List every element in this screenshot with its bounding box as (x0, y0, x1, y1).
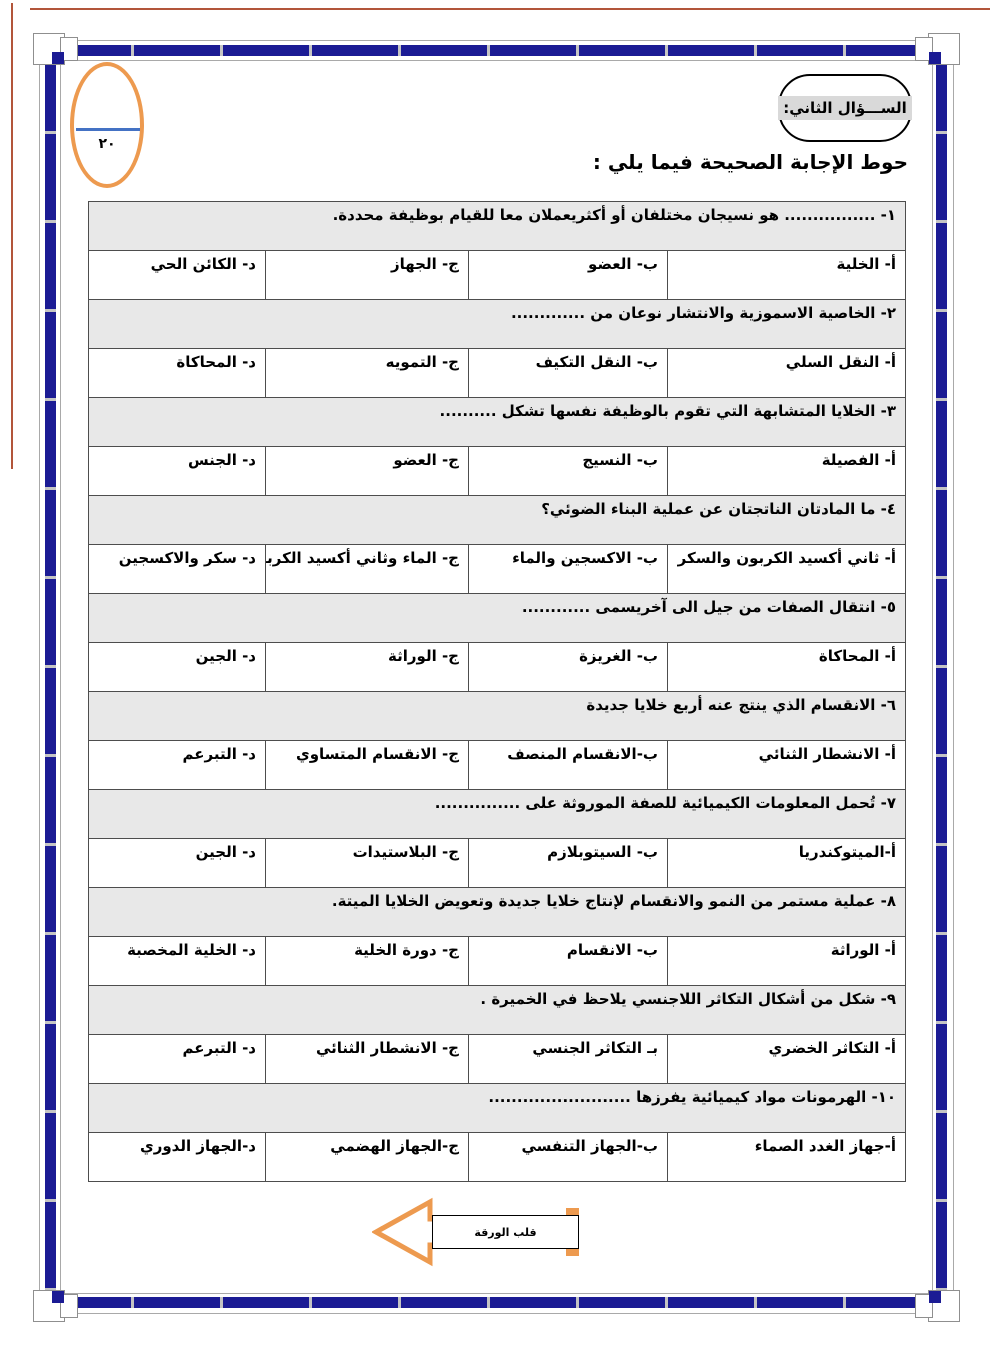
instruction-heading: حوط الإجابة الصحيحة فيما يلي : (593, 150, 908, 174)
answer-option-c[interactable]: ج- الانقسام المتساوي (266, 741, 469, 790)
question-row: ٧- تُحمل المعلومات الكيميائية للصفة المو… (89, 790, 906, 839)
answer-option-c[interactable]: ج- الوراثة (266, 643, 469, 692)
answer-row: أ- ثاني أكسيد الكربون والسكرب- الاكسجين … (89, 545, 906, 594)
answer-option-d[interactable]: د-الجهاز الدوري (89, 1133, 266, 1182)
border-corner-ornament (33, 33, 65, 65)
answer-option-b[interactable]: ب- النقل التكيف (469, 349, 668, 398)
question-text: ٦- الانقسام الذي ينتج عنه أربع خلايا جدي… (89, 692, 906, 741)
answer-option-a[interactable]: أ- الفصيلة (668, 447, 906, 496)
flip-note-label: قلب الورقة (474, 1226, 536, 1239)
question-text: ٣- الخلايا المتشابهة التي تقوم بالوظيفة … (89, 398, 906, 447)
question-row: ١- ................ هو نسيجان مختلفان أو… (89, 202, 906, 251)
answer-option-c[interactable]: ج-الجهاز الهضمي (266, 1133, 469, 1182)
answer-row: أ- الوراثةب- الانقسامج- دورة الخليةد- ال… (89, 937, 906, 986)
question-text: ١- ................ هو نسيجان مختلفان أو… (89, 202, 906, 251)
answer-option-a[interactable]: أ-الميتوكندريا (668, 839, 906, 888)
answer-option-a[interactable]: أ- ثاني أكسيد الكربون والسكر (668, 545, 906, 594)
answer-row: أ- النقل السليب- النقل التكيفج- التمويهد… (89, 349, 906, 398)
answer-row: أ- الانشطار الثنائيب-الانقسام المنصفج- ا… (89, 741, 906, 790)
score-underline (76, 128, 140, 131)
answer-row: أ- الخليةب- العضوج- الجهازد- الكائن الحي (89, 251, 906, 300)
score-value: ٢٠ (74, 136, 140, 152)
question-row: ٨- عملية مستمر من النمو والانقسام لإنتاج… (89, 888, 906, 937)
quiz-table: ١- ................ هو نسيجان مختلفان أو… (88, 201, 906, 1182)
score-ellipse: ٢٠ (70, 62, 144, 188)
question-row: ٢- الخاصية الاسموزية والانتشار نوعان من … (89, 300, 906, 349)
answer-option-b[interactable]: ب- السيتوبلازم (469, 839, 668, 888)
flip-note-box: قلب الورقة (432, 1215, 579, 1249)
answer-option-c[interactable]: ج- البلاستيدات (266, 839, 469, 888)
answer-option-b[interactable]: ب-الانقسام المنصف (469, 741, 668, 790)
answer-option-d[interactable]: د- التبرعم (89, 1035, 266, 1084)
border-corner-ornament (928, 33, 960, 65)
margin-line-top (30, 8, 990, 10)
answer-option-b[interactable]: ب-الجهاز التنفسي (469, 1133, 668, 1182)
question-text: ٢- الخاصية الاسموزية والانتشار نوعان من … (89, 300, 906, 349)
question-text: ٥- انتقال الصفات من جيل الى آخريسمى ....… (89, 594, 906, 643)
answer-option-a[interactable]: أ- النقل السلي (668, 349, 906, 398)
question-text: ٤- ما المادتان الناتجتان عن عملية البناء… (89, 496, 906, 545)
page-border-band-bottom (45, 1297, 947, 1308)
question-row: ٥- انتقال الصفات من جيل الى آخريسمى ....… (89, 594, 906, 643)
question-number-box: الســـؤال الثاني: (778, 74, 912, 142)
margin-line-left (11, 3, 13, 469)
answer-option-d[interactable]: د- المحاكاة (89, 349, 266, 398)
answer-option-a[interactable]: أ- المحاكاة (668, 643, 906, 692)
answer-option-c[interactable]: ج- الانشطار الثنائي (266, 1035, 469, 1084)
question-row: ١٠- الهرمونات مواد كيميائية يفرزها .....… (89, 1084, 906, 1133)
question-text: ٨- عملية مستمر من النمو والانقسام لإنتاج… (89, 888, 906, 937)
answer-option-d[interactable]: د- الجنس (89, 447, 266, 496)
question-text: ١٠- الهرمونات مواد كيميائية يفرزها .....… (89, 1084, 906, 1133)
exam-page: ٢٠ الســـؤال الثاني: حوط الإجابة الصحيحة… (0, 0, 992, 1370)
question-row: ٤- ما المادتان الناتجتان عن عملية البناء… (89, 496, 906, 545)
border-corner-ornament (33, 1290, 65, 1322)
border-corner-ornament (928, 1290, 960, 1322)
answer-option-a[interactable]: أ- الانشطار الثنائي (668, 741, 906, 790)
question-row: ٣- الخلايا المتشابهة التي تقوم بالوظيفة … (89, 398, 906, 447)
answer-option-d[interactable]: د- الجين (89, 643, 266, 692)
answer-option-a[interactable]: أ-جهاز الغدد الصماء (668, 1133, 906, 1182)
quiz-table-body: ١- ................ هو نسيجان مختلفان أو… (89, 202, 906, 1182)
question-row: ٩- شكل من أشكال التكاثر اللاجنسي يلاحظ ف… (89, 986, 906, 1035)
answer-option-d[interactable]: د- الخلية المخصبة (89, 937, 266, 986)
answer-row: أ- الفصيلةب- النسيجج- العضود- الجنس (89, 447, 906, 496)
question-text: ٧- تُحمل المعلومات الكيميائية للصفة المو… (89, 790, 906, 839)
answer-option-d[interactable]: د- الكائن الحي (89, 251, 266, 300)
page-border-band-top (45, 45, 947, 56)
page-border-band-right (936, 45, 947, 1308)
answer-option-c[interactable]: ج- دورة الخلية (266, 937, 469, 986)
answer-option-b[interactable]: ب- العضو (469, 251, 668, 300)
answer-option-a[interactable]: أ- الخلية (668, 251, 906, 300)
answer-option-c[interactable]: ج- الجهاز (266, 251, 469, 300)
answer-option-c[interactable]: ج- الماء وثاني أكسيد الكربون (266, 545, 469, 594)
answer-option-b[interactable]: بـ التكاثر الجنسي (469, 1035, 668, 1084)
answer-option-b[interactable]: ب- النسيج (469, 447, 668, 496)
question-row: ٦- الانقسام الذي ينتج عنه أربع خلايا جدي… (89, 692, 906, 741)
answer-option-d[interactable]: د- الجين (89, 839, 266, 888)
question-text: ٩- شكل من أشكال التكاثر اللاجنسي يلاحظ ف… (89, 986, 906, 1035)
answer-option-b[interactable]: ب- الغريزة (469, 643, 668, 692)
answer-option-c[interactable]: ج- العضو (266, 447, 469, 496)
answer-option-d[interactable]: د- سكر والاكسجين (89, 545, 266, 594)
answer-row: أ-الميتوكندرياب- السيتوبلازمج- البلاستيد… (89, 839, 906, 888)
answer-row: أ- التكاثر الخضريبـ التكاثر الجنسيج- الا… (89, 1035, 906, 1084)
question-number-label: الســـؤال الثاني: (778, 96, 912, 120)
answer-option-d[interactable]: د- التبرعم (89, 741, 266, 790)
answer-option-b[interactable]: ب- الاكسجين والماء (469, 545, 668, 594)
page-border-band-left (45, 45, 56, 1308)
answer-option-a[interactable]: أ- التكاثر الخضري (668, 1035, 906, 1084)
answer-option-a[interactable]: أ- الوراثة (668, 937, 906, 986)
answer-row: أ- المحاكاةب- الغريزةج- الوراثةد- الجين (89, 643, 906, 692)
answer-row: أ-جهاز الغدد الصماءب-الجهاز التنفسيج-الج… (89, 1133, 906, 1182)
answer-option-b[interactable]: ب- الانقسام (469, 937, 668, 986)
answer-option-c[interactable]: ج- التمويه (266, 349, 469, 398)
